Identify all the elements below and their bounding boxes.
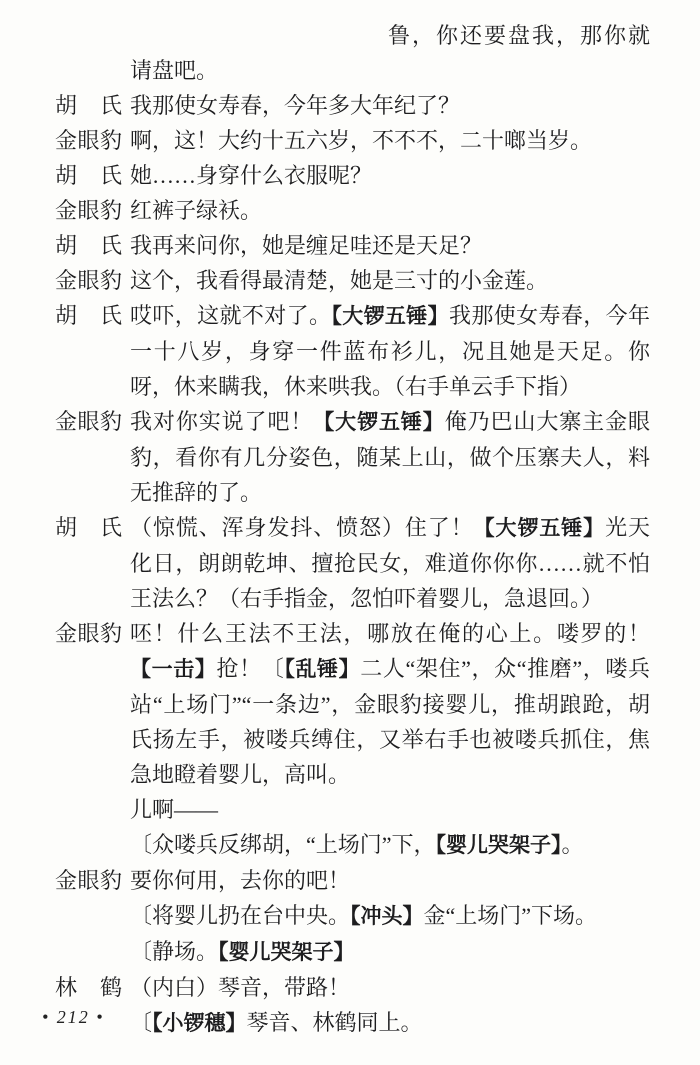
speaker-name: 胡 氏	[55, 298, 130, 333]
stage-direction-text: 儿啊——	[130, 792, 650, 827]
script-line: 胡 氏我再来问你，她是缠足哇还是天足？	[55, 228, 650, 263]
speaker-name: 胡 氏	[55, 228, 130, 263]
script-line: 鲁，你还要盘我，那你就请盘吧。	[55, 18, 650, 88]
dialogue-text: 要你何用，去你的吧！	[130, 863, 650, 898]
script-line: 金眼豹红裤子绿袄。	[55, 193, 650, 228]
script-line: 〔【小锣穗】琴音、林鹤同上。	[55, 1005, 650, 1041]
percussion-notation: 【大锣五锤】	[474, 517, 605, 540]
speaker-name: 胡 氏	[55, 88, 130, 123]
script-line: 金眼豹呸！什么王法不王法，哪放在俺的心上。喽罗的！【一击】抢！〔【乱锤】二人“架…	[55, 616, 650, 792]
script-line: 金眼豹我对你实说了吧！【大锣五锤】俺乃巴山大寨主金眼豹，看你有几分姿色，随某上山…	[55, 404, 650, 510]
text-segment: 。	[562, 832, 584, 857]
text-segment: （内白）琴音，带路！	[130, 975, 350, 1000]
speaker-name: 金眼豹	[55, 404, 130, 439]
text-segment: 我再来问你，她是缠足哇还是天足？	[130, 233, 482, 258]
script-page: 鲁，你还要盘我，那你就请盘吧。胡 氏我那使女寿春，今年多大年纪了？金眼豹啊，这！…	[0, 0, 700, 1065]
percussion-notation: 【小锣穗】	[152, 1012, 247, 1035]
script-line: 胡 氏她……身穿什么衣服呢？	[55, 158, 650, 193]
text-segment: 哎吓，这就不对了。	[130, 303, 331, 328]
text-segment: 呸！什么王法不王法，哪放在俺的心上。喽罗的！	[130, 621, 650, 646]
script-line: 金眼豹要你何用，去你的吧！	[55, 863, 650, 898]
script-line: 儿啊——	[55, 792, 650, 827]
speaker-name: 金眼豹	[55, 616, 130, 651]
stage-direction-text: 〔【小锣穗】琴音、林鹤同上。	[130, 1005, 650, 1041]
text-segment: 儿啊——	[130, 797, 218, 822]
dialogue-text: 啊，这！大约十五六岁，不不不，二十啷当岁。	[130, 123, 650, 158]
dialogue-text: 我那使女寿春，今年多大年纪了？	[130, 88, 650, 123]
text-segment: 我那使女寿春，今年多大年纪了？	[130, 93, 460, 118]
partial-glyph: 鲁	[258, 18, 410, 53]
dialogue-text: 我再来问你，她是缠足哇还是天足？	[130, 228, 650, 263]
speaker-name: 金眼豹	[55, 263, 130, 298]
script-line: 胡 氏哎吓，这就不对了。【大锣五锤】我那使女寿春，今年一十八岁，身穿一件蓝布衫儿…	[55, 298, 650, 404]
script-line: 金眼豹啊，这！大约十五六岁，不不不，二十啷当岁。	[55, 123, 650, 158]
dialogue-text: （内白）琴音，带路！	[130, 970, 650, 1005]
text-segment: 我对你实说了吧！	[130, 409, 313, 434]
percussion-notation: 【大锣五锤】	[331, 305, 449, 328]
text-segment: 〔将婴儿扔在台中央。	[130, 903, 350, 928]
dialogue-text: 呸！什么王法不王法，哪放在俺的心上。喽罗的！【一击】抢！〔【乱锤】二人“架住”，…	[130, 616, 650, 792]
dialogue-text: 她……身穿什么衣服呢？	[130, 158, 650, 193]
page-number: • 212 •	[42, 1000, 105, 1035]
dialogue-text: 我对你实说了吧！【大锣五锤】俺乃巴山大寨主金眼豹，看你有几分姿色，随某上山，做个…	[130, 404, 650, 510]
speaker-name: 胡 氏	[55, 158, 130, 193]
stage-direction-text: 〔将婴儿扔在台中央。【冲头】金“上场门”下场。	[130, 898, 650, 934]
text-segment: 啊，这！大约十五六岁，不不不，二十啷当岁。	[130, 128, 592, 153]
percussion-notation: 【大锣五锤】	[313, 411, 444, 434]
percussion-notation: 【婴儿哭架子】	[218, 941, 355, 964]
script-line: 胡 氏我那使女寿春，今年多大年纪了？	[55, 88, 650, 123]
text-segment: 她……身穿什么衣服呢？	[130, 163, 372, 188]
text-segment: 这个，我看得最清楚，她是三寸的小金莲。	[130, 268, 548, 293]
text-segment: 要你何用，去你的吧！	[130, 868, 350, 893]
speaker-name: 金眼豹	[55, 193, 130, 228]
percussion-notation: 【乱锤】	[284, 658, 360, 681]
stage-direction-text: 鲁，你还要盘我，那你就请盘吧。	[130, 18, 650, 88]
stage-direction-text: 〔众喽兵反绑胡，“上场门”下，【婴儿哭架子】。	[130, 827, 650, 863]
dialogue-text: （惊慌、浑身发抖、愤怒）住了！【大锣五锤】光天化日，朗朗乾坤、擅抢民女，难道你你…	[130, 510, 650, 616]
script-line: 〔静场。【婴儿哭架子】	[55, 934, 650, 970]
script-line: 〔将婴儿扔在台中央。【冲头】金“上场门”下场。	[55, 898, 650, 934]
text-segment: 琴音、林鹤同上。	[247, 1010, 423, 1035]
text-segment: （惊慌、浑身发抖、愤怒）住了！	[130, 515, 474, 540]
dialogue-text: 哎吓，这就不对了。【大锣五锤】我那使女寿春，今年一十八岁，身穿一件蓝布衫儿，况且…	[130, 298, 650, 404]
script-line: 〔众喽兵反绑胡，“上场门”下，【婴儿哭架子】。	[55, 827, 650, 863]
speaker-name: 金眼豹	[55, 863, 130, 898]
text-segment: 〔静场。	[130, 939, 218, 964]
script-line: 金眼豹这个，我看得最清楚，她是三寸的小金莲。	[55, 263, 650, 298]
text-segment: 〔众喽兵反绑胡，“上场门”下，	[130, 832, 436, 857]
dialogue-text: 这个，我看得最清楚，她是三寸的小金莲。	[130, 263, 650, 298]
text-segment: 〔	[130, 1010, 152, 1035]
script-line: 林 鹤（内白）琴音，带路！	[55, 970, 650, 1005]
dialogue-text: 红裤子绿袄。	[130, 193, 650, 228]
script-line: 胡 氏（惊慌、浑身发抖、愤怒）住了！【大锣五锤】光天化日，朗朗乾坤、擅抢民女，难…	[55, 510, 650, 616]
stage-direction-text: 〔静场。【婴儿哭架子】	[130, 934, 650, 970]
text-segment: 抢！〔	[216, 656, 284, 681]
text-segment: 金“上场门”下场。	[424, 903, 598, 928]
speaker-name: 胡 氏	[55, 510, 130, 545]
percussion-notation: 【一击】	[130, 658, 216, 681]
percussion-notation: 【婴儿哭架子】	[436, 834, 562, 857]
script-body: 鲁，你还要盘我，那你就请盘吧。胡 氏我那使女寿春，今年多大年纪了？金眼豹啊，这！…	[55, 18, 650, 1041]
text-segment: 红裤子绿袄。	[130, 198, 262, 223]
speaker-name: 金眼豹	[55, 123, 130, 158]
percussion-notation: 【冲头】	[350, 905, 424, 928]
